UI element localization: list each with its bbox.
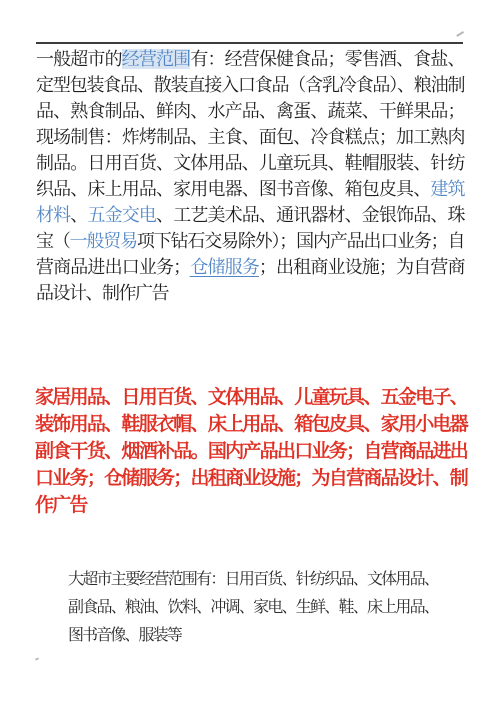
text-run: 有：经营保健食品；零售酒、食盐、定型包装食品、散装直接入口食品（含乳冷食品）、粮… (36, 49, 464, 199)
stray-mark-top-right (456, 31, 464, 37)
paragraph-general-supermarket-scope: 一般超市的经营范围有：经营保健食品；零售酒、食盐、定型包装食品、散装直接入口食品… (36, 46, 464, 306)
text-run: 、 (70, 205, 87, 225)
document-page: 一般超市的经营范围有：经营保健食品；零售酒、食盐、定型包装食品、散装直接入口食品… (0, 0, 500, 708)
link-wujin-jiaodian[interactable]: 五金交电 (87, 205, 156, 225)
text-run: 一般超市的 (36, 49, 122, 69)
paragraph-hypermarket-scope: 大超市主要经营范围有：日用百货、针纺织品、文体用品、副食品、粮油、饮料、冲调、家… (68, 566, 438, 650)
link-cangchu-fuwu[interactable]: 仓储服务 (190, 257, 259, 277)
horizontal-rule (36, 42, 463, 44)
stray-mark-bottom-left (35, 657, 39, 660)
link-yiban-maoyi[interactable]: 一般贸易 (70, 231, 137, 251)
link-jingying-fanwei[interactable]: 经营范围 (122, 49, 191, 69)
paragraph-red-scope: 家居用品、日用百货、文体用品、儿童玩具、五金电子、装饰用品、鞋服衣帽、床上用品、… (35, 384, 467, 519)
